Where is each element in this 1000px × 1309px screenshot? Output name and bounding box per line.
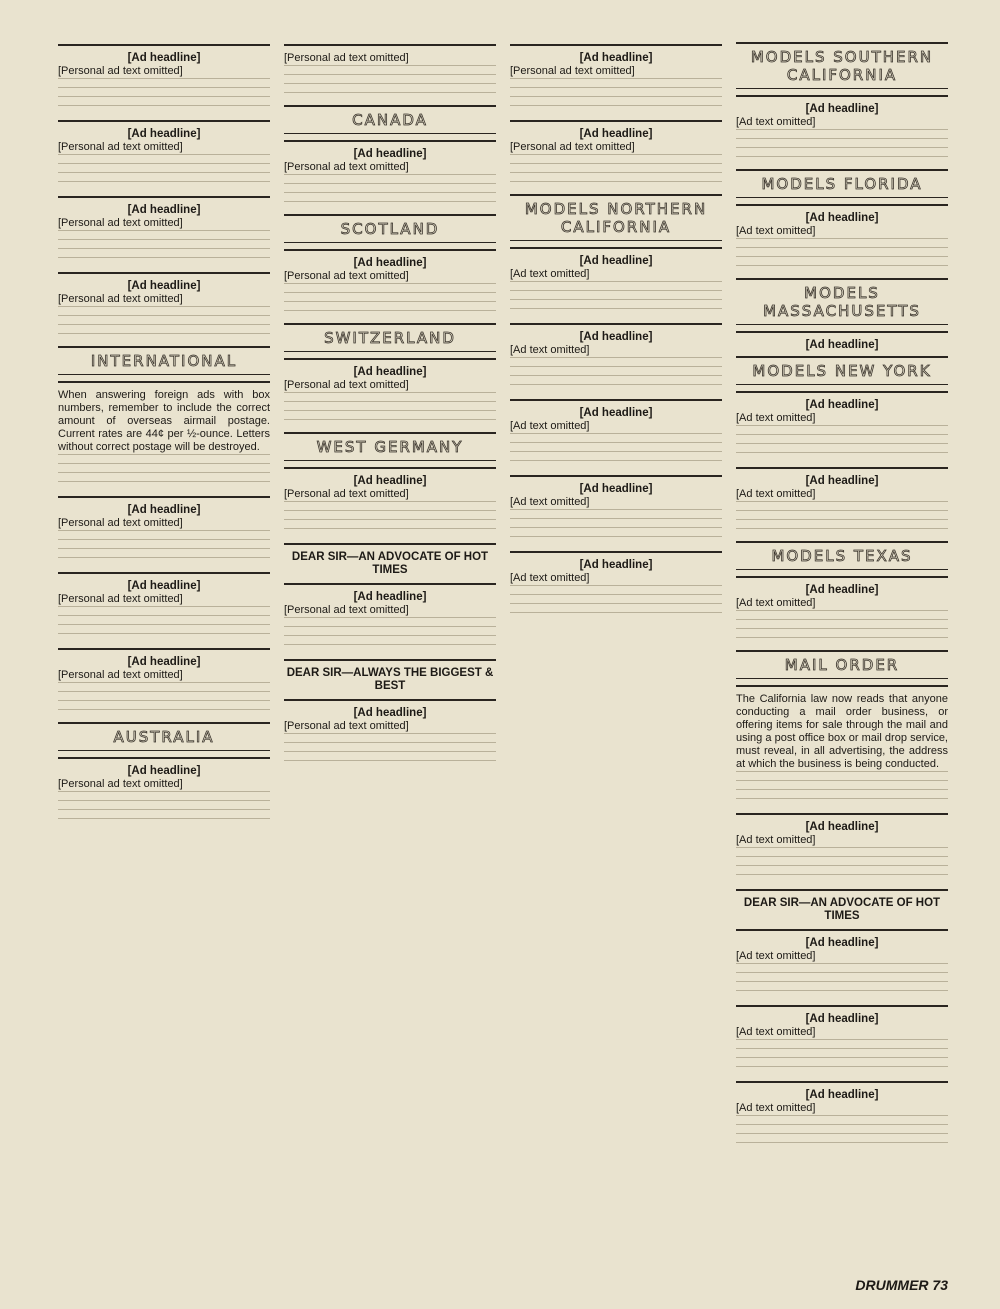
text-placeholder (58, 557, 270, 566)
text-placeholder (736, 443, 948, 452)
ad-body: [Ad text omitted] (736, 1102, 948, 1115)
text-placeholder (58, 96, 270, 105)
section-banner: WEST GERMANY (284, 432, 496, 461)
ad-body: [Personal ad text omitted] (58, 65, 270, 78)
divider (736, 331, 948, 333)
classified-ad: DEAR SIR—AN ADVOCATE OF HOT TIMES (284, 551, 496, 577)
divider (284, 249, 496, 251)
text-placeholder (284, 183, 496, 192)
classified-ad: [Ad headline][Ad text omitted] (736, 1013, 948, 1075)
text-placeholder (736, 138, 948, 147)
text-placeholder (58, 539, 270, 548)
text-placeholder (736, 452, 948, 461)
classified-ad: [Ad headline][Personal ad text omitted] (58, 580, 270, 642)
section-banner: SCOTLAND (284, 214, 496, 243)
text-placeholder (58, 154, 270, 163)
divider (510, 551, 722, 553)
text-placeholder (510, 96, 722, 105)
text-placeholder (736, 963, 948, 972)
divider (510, 399, 722, 401)
divider (510, 323, 722, 325)
text-placeholder (736, 1115, 948, 1124)
text-placeholder (284, 644, 496, 653)
divider (58, 120, 270, 122)
divider (736, 929, 948, 931)
text-placeholder (736, 1142, 948, 1151)
ad-headline: [Ad headline] (510, 331, 722, 344)
text-placeholder (58, 791, 270, 800)
ad-body: [Personal ad text omitted] (510, 141, 722, 154)
classified-ad: [Ad headline][Personal ad text omitted] (510, 128, 722, 190)
divider (284, 543, 496, 545)
classified-ad: [Ad headline][Personal ad text omitted] (284, 591, 496, 653)
text-placeholder (284, 310, 496, 319)
divider (58, 572, 270, 574)
divider (736, 95, 948, 97)
section-banner: INTERNATIONAL (58, 346, 270, 375)
classified-ad: [Ad headline][Ad text omitted] (510, 559, 722, 621)
divider (284, 140, 496, 142)
text-placeholder (58, 530, 270, 539)
ad-headline: DEAR SIR—AN ADVOCATE OF HOT TIMES (736, 897, 948, 923)
text-placeholder (284, 174, 496, 183)
ad-body: [Ad text omitted] (510, 496, 722, 509)
classified-ad: [Ad headline][Ad text omitted] (736, 584, 948, 646)
divider (736, 391, 948, 393)
section-banner: MODELS NORTHERN CALIFORNIA (510, 194, 722, 241)
classified-ad: [Ad headline][Personal ad text omitted] (510, 52, 722, 114)
text-placeholder (736, 247, 948, 256)
ad-headline: [Ad headline] (284, 475, 496, 488)
ad-body: [Personal ad text omitted] (510, 65, 722, 78)
text-placeholder (736, 1133, 948, 1142)
text-placeholder (284, 283, 496, 292)
ad-body: [Personal ad text omitted] (284, 720, 496, 733)
text-placeholder (284, 292, 496, 301)
text-placeholder (736, 981, 948, 990)
text-placeholder (284, 528, 496, 537)
ad-headline: [Ad headline] (58, 204, 270, 217)
text-placeholder (58, 633, 270, 642)
classified-ad: DEAR SIR—AN ADVOCATE OF HOT TIMES (736, 897, 948, 923)
text-placeholder (58, 324, 270, 333)
section-banner: MODELS NEW YORK (736, 356, 948, 385)
classified-ad: [Ad headline][Ad text omitted] (736, 399, 948, 461)
ad-headline: [Ad headline] (510, 255, 722, 268)
text-placeholder (736, 528, 948, 537)
text-placeholder (58, 239, 270, 248)
text-placeholder (58, 181, 270, 190)
text-placeholder (510, 290, 722, 299)
classified-ad: [Ad headline] (736, 339, 948, 352)
divider (284, 583, 496, 585)
ad-headline: [Ad headline] (58, 128, 270, 141)
classified-ad: [Ad headline][Ad text omitted] (736, 1089, 948, 1151)
text-placeholder (284, 626, 496, 635)
text-placeholder (58, 463, 270, 472)
text-placeholder (736, 425, 948, 434)
divider (284, 44, 496, 46)
text-placeholder (736, 789, 948, 798)
classified-ad: [Ad headline][Personal ad text omitted] (58, 280, 270, 342)
ad-headline: [Ad headline] (736, 339, 948, 352)
text-placeholder (58, 809, 270, 818)
classified-ad: [Ad headline][Personal ad text omitted] (284, 148, 496, 210)
text-placeholder (58, 472, 270, 481)
divider (510, 247, 722, 249)
classified-ad: [Ad headline][Ad text omitted] (736, 821, 948, 883)
text-placeholder (284, 74, 496, 83)
text-placeholder (510, 433, 722, 442)
divider (58, 381, 270, 383)
ad-headline: [Ad headline] (284, 366, 496, 379)
text-placeholder (58, 548, 270, 557)
text-placeholder (58, 172, 270, 181)
ad-body: [Ad text omitted] (736, 116, 948, 129)
text-placeholder (284, 192, 496, 201)
classified-ad: [Ad headline][Ad text omitted] (510, 407, 722, 469)
divider (58, 757, 270, 759)
text-placeholder (58, 315, 270, 324)
text-placeholder (736, 865, 948, 874)
text-placeholder (736, 510, 948, 519)
text-placeholder (284, 419, 496, 428)
text-placeholder (510, 299, 722, 308)
text-placeholder (58, 606, 270, 615)
ad-body: The California law now reads that anyone… (736, 693, 948, 771)
classified-ad: [Ad headline][Personal ad text omitted] (58, 504, 270, 566)
text-placeholder (736, 1124, 948, 1133)
ad-body: [Personal ad text omitted] (58, 778, 270, 791)
divider (284, 467, 496, 469)
ad-headline: [Ad headline] (510, 559, 722, 572)
text-placeholder (284, 751, 496, 760)
text-placeholder (510, 181, 722, 190)
ad-body: [Personal ad text omitted] (58, 217, 270, 230)
ad-headline: [Ad headline] (736, 212, 948, 225)
text-placeholder (58, 615, 270, 624)
text-placeholder (284, 510, 496, 519)
text-placeholder (510, 308, 722, 317)
ad-body: [Personal ad text omitted] (284, 604, 496, 617)
text-placeholder (58, 700, 270, 709)
classified-ad: [Ad headline][Personal ad text omitted] (58, 656, 270, 718)
ad-body: [Ad text omitted] (736, 488, 948, 501)
divider (736, 576, 948, 578)
classified-ad: [Ad headline][Ad text omitted] (510, 331, 722, 393)
section-banner: MAIL ORDER (736, 650, 948, 679)
section-banner: AUSTRALIA (58, 722, 270, 751)
text-placeholder (284, 201, 496, 210)
ad-body: [Ad text omitted] (510, 268, 722, 281)
classified-ad: [Ad headline][Personal ad text omitted] (284, 366, 496, 428)
text-placeholder (510, 460, 722, 469)
text-placeholder (736, 147, 948, 156)
text-placeholder (284, 742, 496, 751)
text-placeholder (510, 366, 722, 375)
classified-ad: [Ad headline][Personal ad text omitted] (284, 475, 496, 537)
ad-body: [Ad text omitted] (736, 597, 948, 610)
ad-headline: [Ad headline] (736, 937, 948, 950)
classified-ad: [Ad headline][Personal ad text omitted] (58, 52, 270, 114)
classified-ad: [Ad headline][Personal ad text omitted] (58, 128, 270, 190)
ad-headline: [Ad headline] (510, 52, 722, 65)
text-placeholder (284, 301, 496, 310)
classified-ad: [Ad headline][Personal ad text omitted] (58, 765, 270, 827)
divider (284, 358, 496, 360)
text-placeholder (510, 594, 722, 603)
ad-body: [Personal ad text omitted] (58, 517, 270, 530)
text-placeholder (510, 357, 722, 366)
ad-body: [Personal ad text omitted] (284, 270, 496, 283)
text-placeholder (736, 972, 948, 981)
text-placeholder (510, 451, 722, 460)
divider (284, 699, 496, 701)
text-placeholder (58, 306, 270, 315)
text-placeholder (736, 265, 948, 274)
text-placeholder (284, 501, 496, 510)
ad-body: [Ad text omitted] (510, 344, 722, 357)
text-placeholder (736, 780, 948, 789)
text-placeholder (510, 442, 722, 451)
ad-body: [Personal ad text omitted] (58, 593, 270, 606)
ad-body: [Personal ad text omitted] (58, 293, 270, 306)
divider (58, 44, 270, 46)
ad-headline: [Ad headline] (510, 407, 722, 420)
classified-ad: [Ad headline][Ad text omitted] (736, 475, 948, 537)
divider (736, 204, 948, 206)
ad-headline: [Ad headline] (58, 280, 270, 293)
text-placeholder (510, 612, 722, 621)
ad-headline: [Ad headline] (510, 128, 722, 141)
column-3: [Ad headline][Personal ad text omitted][… (510, 42, 722, 1272)
text-placeholder (736, 847, 948, 856)
text-placeholder (58, 454, 270, 463)
ad-headline: [Ad headline] (736, 475, 948, 488)
ad-body: [Ad text omitted] (510, 420, 722, 433)
classified-ad: The California law now reads that anyone… (736, 693, 948, 807)
ad-body: [Ad text omitted] (510, 572, 722, 585)
text-placeholder (284, 519, 496, 528)
text-placeholder (58, 333, 270, 342)
classified-ad: [Ad headline][Ad text omitted] (736, 212, 948, 274)
text-placeholder (510, 585, 722, 594)
text-placeholder (58, 818, 270, 827)
text-placeholder (736, 619, 948, 628)
ad-headline: [Ad headline] (58, 504, 270, 517)
text-placeholder (58, 682, 270, 691)
divider (510, 120, 722, 122)
text-placeholder (510, 384, 722, 393)
text-placeholder (736, 519, 948, 528)
text-placeholder (284, 401, 496, 410)
text-placeholder (58, 248, 270, 257)
text-placeholder (736, 1057, 948, 1066)
text-placeholder (736, 501, 948, 510)
text-placeholder (736, 856, 948, 865)
section-banner: MODELS SOUTHERN CALIFORNIA (736, 42, 948, 89)
ad-body: [Ad text omitted] (736, 1026, 948, 1039)
ad-headline: [Ad headline] (58, 765, 270, 778)
text-placeholder (736, 637, 948, 646)
text-placeholder (58, 163, 270, 172)
ad-headline: [Ad headline] (736, 584, 948, 597)
classified-ad: [Ad headline][Personal ad text omitted] (284, 257, 496, 319)
text-placeholder (58, 709, 270, 718)
ad-body: [Ad text omitted] (736, 225, 948, 238)
ad-headline: DEAR SIR—AN ADVOCATE OF HOT TIMES (284, 551, 496, 577)
text-placeholder (510, 518, 722, 527)
classified-ad: [Ad headline][Ad text omitted] (736, 103, 948, 165)
ad-body: [Personal ad text omitted] (58, 141, 270, 154)
text-placeholder (58, 78, 270, 87)
classified-ad: [Ad headline][Personal ad text omitted] (284, 707, 496, 769)
ad-body: [Personal ad text omitted] (284, 379, 496, 392)
divider (736, 1005, 948, 1007)
text-placeholder (284, 92, 496, 101)
text-placeholder (736, 610, 948, 619)
text-placeholder (284, 83, 496, 92)
section-banner: MODELS MASSACHUSETTS (736, 278, 948, 325)
section-banner: MODELS TEXAS (736, 541, 948, 570)
ad-headline: [Ad headline] (510, 483, 722, 496)
divider (58, 272, 270, 274)
ad-headline: [Ad headline] (736, 1013, 948, 1026)
text-placeholder (736, 990, 948, 999)
text-placeholder (510, 527, 722, 536)
text-placeholder (510, 509, 722, 518)
text-placeholder (58, 481, 270, 490)
classified-ad: [Ad headline][Ad text omitted] (510, 255, 722, 317)
text-placeholder (510, 603, 722, 612)
text-placeholder (736, 798, 948, 807)
classified-ad: [Ad headline][Ad text omitted] (736, 937, 948, 999)
text-placeholder (284, 65, 496, 74)
text-placeholder (284, 392, 496, 401)
ad-body: [Ad text omitted] (736, 950, 948, 963)
divider (510, 475, 722, 477)
ad-headline: DEAR SIR—ALWAYS THE BIGGEST & BEST (284, 667, 496, 693)
divider (736, 685, 948, 687)
ad-body: [Ad text omitted] (736, 834, 948, 847)
text-placeholder (510, 536, 722, 545)
classified-ad: [Ad headline][Ad text omitted] (510, 483, 722, 545)
text-placeholder (58, 105, 270, 114)
ad-body: [Personal ad text omitted] (58, 669, 270, 682)
ad-body: [Personal ad text omitted] (284, 52, 496, 65)
classified-ad: [Personal ad text omitted] (284, 52, 496, 101)
ad-headline: [Ad headline] (284, 148, 496, 161)
column-1: [Ad headline][Personal ad text omitted][… (58, 42, 270, 1272)
text-placeholder (736, 628, 948, 637)
text-placeholder (510, 281, 722, 290)
text-placeholder (284, 617, 496, 626)
ad-headline: [Ad headline] (736, 399, 948, 412)
divider (736, 467, 948, 469)
classified-ad: [Ad headline][Personal ad text omitted] (58, 204, 270, 266)
ad-headline: [Ad headline] (58, 656, 270, 669)
text-placeholder (736, 874, 948, 883)
section-banner: CANADA (284, 105, 496, 134)
divider (284, 659, 496, 661)
ad-body: [Ad text omitted] (736, 412, 948, 425)
text-placeholder (736, 129, 948, 138)
text-placeholder (284, 410, 496, 419)
text-placeholder (284, 733, 496, 742)
text-placeholder (736, 156, 948, 165)
text-placeholder (510, 375, 722, 384)
text-placeholder (736, 771, 948, 780)
ad-body: [Personal ad text omitted] (284, 161, 496, 174)
divider (58, 496, 270, 498)
ad-headline: [Ad headline] (58, 52, 270, 65)
ad-headline: [Ad headline] (736, 1089, 948, 1102)
text-placeholder (510, 105, 722, 114)
divider (736, 889, 948, 891)
divider (736, 1081, 948, 1083)
text-placeholder (736, 256, 948, 265)
column-2: [Personal ad text omitted]CANADA[Ad head… (284, 42, 496, 1272)
text-placeholder (58, 230, 270, 239)
column-4: MODELS SOUTHERN CALIFORNIA[Ad headline][… (736, 42, 948, 1272)
divider (58, 648, 270, 650)
classified-ad: When answering foreign ads with box numb… (58, 389, 270, 490)
divider (58, 196, 270, 198)
ad-headline: [Ad headline] (736, 821, 948, 834)
text-placeholder (510, 163, 722, 172)
text-placeholder (736, 1066, 948, 1075)
text-placeholder (284, 635, 496, 644)
ad-body: [Personal ad text omitted] (284, 488, 496, 501)
text-placeholder (736, 1048, 948, 1057)
text-placeholder (58, 691, 270, 700)
text-placeholder (510, 172, 722, 181)
text-placeholder (510, 154, 722, 163)
classified-ad: DEAR SIR—ALWAYS THE BIGGEST & BEST (284, 667, 496, 693)
section-banner: MODELS FLORIDA (736, 169, 948, 198)
ad-headline: [Ad headline] (284, 257, 496, 270)
classifieds-page: [Ad headline][Personal ad text omitted][… (58, 42, 948, 1272)
ad-headline: [Ad headline] (736, 103, 948, 116)
page-folio: DRUMMER 73 (855, 1277, 948, 1293)
text-placeholder (284, 760, 496, 769)
divider (736, 813, 948, 815)
text-placeholder (736, 238, 948, 247)
text-placeholder (736, 1039, 948, 1048)
divider (510, 44, 722, 46)
text-placeholder (58, 257, 270, 266)
ad-headline: [Ad headline] (284, 707, 496, 720)
text-placeholder (58, 624, 270, 633)
text-placeholder (736, 434, 948, 443)
text-placeholder (58, 800, 270, 809)
ad-body: When answering foreign ads with box numb… (58, 389, 270, 454)
ad-headline: [Ad headline] (58, 580, 270, 593)
text-placeholder (510, 78, 722, 87)
text-placeholder (510, 87, 722, 96)
text-placeholder (58, 87, 270, 96)
ad-headline: [Ad headline] (284, 591, 496, 604)
section-banner: SWITZERLAND (284, 323, 496, 352)
